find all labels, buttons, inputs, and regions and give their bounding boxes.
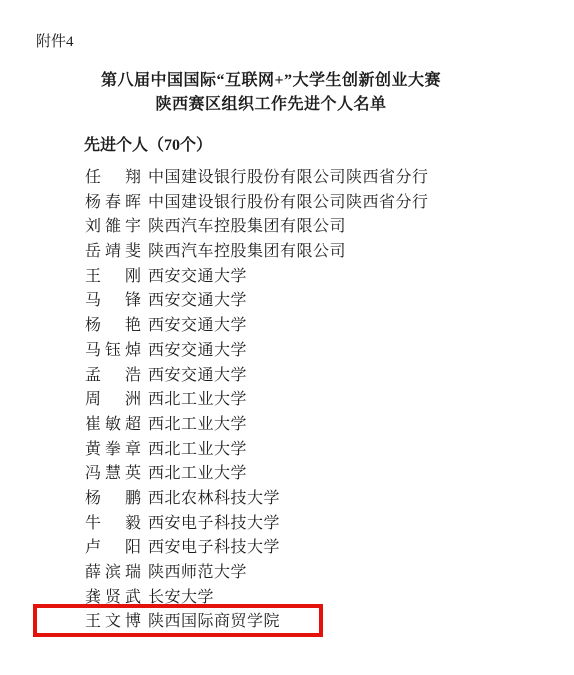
list-item: 崔敏超西北工业大学: [85, 416, 545, 441]
person-org: 西北工业大学: [148, 391, 247, 408]
person-org: 西北工业大学: [148, 465, 247, 482]
person-name: 刘雒宇: [85, 218, 141, 235]
person-name: 卢阳: [85, 539, 141, 556]
list-item: 任翔中国建设银行股份有限公司陕西省分行: [85, 169, 545, 194]
advanced-individuals-list: 任翔中国建设银行股份有限公司陕西省分行杨春晖中国建设银行股份有限公司陕西省分行刘…: [85, 169, 545, 638]
person-org: 西安交通大学: [148, 367, 247, 384]
list-item: 冯慧英西北工业大学: [85, 465, 545, 490]
person-org: 西安交通大学: [148, 292, 247, 309]
person-org: 陕西汽车控股集团有限公司: [148, 218, 346, 235]
list-item: 周洲西北工业大学: [85, 391, 545, 416]
person-name: 周洲: [85, 391, 141, 408]
person-name: 孟浩: [85, 367, 141, 384]
person-org: 西安电子科技大学: [148, 515, 280, 532]
attachment-label: 附件4: [36, 33, 74, 51]
list-item: 孟浩西安交通大学: [85, 367, 545, 392]
person-org: 西北工业大学: [148, 416, 247, 433]
list-item: 卢阳西安电子科技大学: [85, 539, 545, 564]
person-org: 陕西师范大学: [148, 564, 247, 581]
person-org: 西安交通大学: [148, 342, 247, 359]
person-name: 牛毅: [85, 515, 141, 532]
document-page: 附件4 第八届中国国际“互联网+”大学生创新创业大赛 陕西赛区组织工作先进个人名…: [0, 0, 574, 675]
person-org: 陕西国际商贸学院: [148, 613, 280, 630]
person-name: 岳靖斐: [85, 243, 141, 260]
list-item: 牛毅西安电子科技大学: [85, 515, 545, 540]
list-item: 薛滨瑞陕西师范大学: [85, 564, 545, 589]
list-item: 刘雒宇陕西汽车控股集团有限公司: [85, 218, 545, 243]
person-name: 龚贤武: [85, 589, 141, 606]
list-item: 杨春晖中国建设银行股份有限公司陕西省分行: [85, 194, 545, 219]
person-name: 黄拳章: [85, 441, 141, 458]
list-item: 黄拳章西北工业大学: [85, 441, 545, 466]
person-name: 杨春晖: [85, 194, 141, 211]
person-org: 西安交通大学: [148, 317, 247, 334]
list-item: 王刚西安交通大学: [85, 268, 545, 293]
document-title: 第八届中国国际“互联网+”大学生创新创业大赛 陕西赛区组织工作先进个人名单: [0, 69, 574, 117]
list-item: 马钰焯西安交通大学: [85, 342, 545, 367]
person-name: 王刚: [85, 268, 141, 285]
person-name: 王文博: [85, 613, 141, 630]
document-title-line2: 陕西赛区组织工作先进个人名单: [0, 93, 542, 117]
person-name: 薛滨瑞: [85, 564, 141, 581]
person-name: 杨鹏: [85, 490, 141, 507]
person-name: 马钰焯: [85, 342, 141, 359]
section-heading: 先进个人（70个）: [84, 136, 212, 155]
list-item: 杨艳西安交通大学: [85, 317, 545, 342]
person-name: 马锋: [85, 292, 141, 309]
document-title-line1: 第八届中国国际“互联网+”大学生创新创业大赛: [0, 69, 542, 93]
list-item: 杨鹏西北农林科技大学: [85, 490, 545, 515]
list-item: 龚贤武长安大学: [85, 589, 545, 614]
person-name: 冯慧英: [85, 465, 141, 482]
person-name: 任翔: [85, 169, 141, 186]
person-org: 西安电子科技大学: [148, 539, 280, 556]
person-org: 长安大学: [148, 589, 214, 606]
person-name: 杨艳: [85, 317, 141, 334]
list-item: 马锋西安交通大学: [85, 292, 545, 317]
person-org: 中国建设银行股份有限公司陕西省分行: [148, 194, 429, 211]
person-org: 陕西汽车控股集团有限公司: [148, 243, 346, 260]
person-name: 崔敏超: [85, 416, 141, 433]
person-org: 西安交通大学: [148, 268, 247, 285]
person-org: 西北工业大学: [148, 441, 247, 458]
person-org: 中国建设银行股份有限公司陕西省分行: [148, 169, 429, 186]
list-item: 岳靖斐陕西汽车控股集团有限公司: [85, 243, 545, 268]
list-item: 王文博陕西国际商贸学院: [85, 613, 545, 638]
person-org: 西北农林科技大学: [148, 490, 280, 507]
